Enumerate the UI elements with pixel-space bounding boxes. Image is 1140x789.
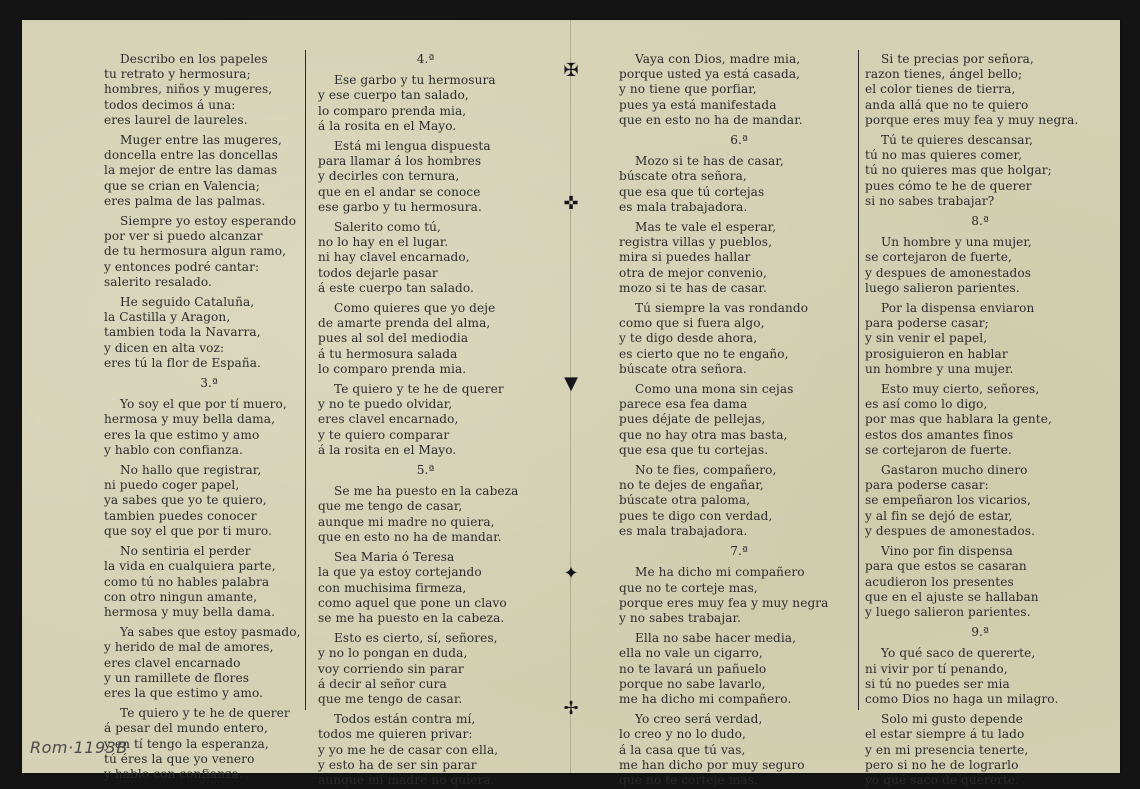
- verse-line: Vino por fin dispensa: [865, 544, 1095, 559]
- verse-line: á decir al señor cura: [318, 677, 533, 692]
- stanza: Esto es cierto, sí, señores,y no lo pong…: [318, 631, 533, 707]
- verse-line: no lo hay en el lugar.: [318, 235, 533, 250]
- verse-line: No hallo que registrar,: [104, 463, 314, 478]
- fleuron-cross-icon: ✢: [561, 700, 581, 718]
- fleuron-cross-icon: ✜: [561, 195, 581, 213]
- verse-line: con otro ningun amante,: [104, 590, 314, 605]
- verse-line: Mozo si te has de casar,: [619, 154, 859, 169]
- stanza: Como quieres que yo dejede amarte prenda…: [318, 301, 533, 377]
- verse-line: á la casa que tú vas,: [619, 743, 859, 758]
- verse-line: Gastaron mucho dinero: [865, 463, 1095, 478]
- verse-line: mozo si te has de casar.: [619, 281, 859, 296]
- stanza: No te fies, compañero,no te dejes de eng…: [619, 463, 859, 539]
- verse-line: un hombre y una mujer.: [865, 362, 1095, 377]
- verse-line: Está mi lengua dispuesta: [318, 139, 533, 154]
- stanza: Vino por fin dispensapara que estos se c…: [865, 544, 1095, 620]
- verse-line: Ya sabes que estoy pasmado,: [104, 625, 314, 640]
- stanza: Yo qué saco de quererte,ni vivir por tí …: [865, 646, 1095, 707]
- verse-line: que esa que tú cortejas: [619, 185, 859, 200]
- verse-line: He seguido Cataluña,: [104, 295, 314, 310]
- section-number: 6.ª: [619, 133, 859, 148]
- verse-line: que no hay otra mas basta,: [619, 428, 859, 443]
- verse-line: Por la dispensa enviaron: [865, 301, 1095, 316]
- verse-line: á la rosita en el Mayo.: [318, 443, 533, 458]
- stanza: Tú te quieres descansar,tú no mas quiere…: [865, 133, 1095, 209]
- verse-line: como tú no hables palabra: [104, 575, 314, 590]
- stanza: Si te precias por señora,razon tienes, á…: [865, 52, 1095, 128]
- section-number: 9.ª: [865, 625, 1095, 640]
- verse-line: ella no vale un cigarro,: [619, 646, 859, 661]
- verse-line: todos decimos á una:: [104, 98, 314, 113]
- verse-line: la mejor de entre las damas: [104, 163, 314, 178]
- verse-line: pues al sol del mediodia: [318, 331, 533, 346]
- verse-line: pues déjate de pellejas,: [619, 412, 859, 427]
- verse-line: de amarte prenda del alma,: [318, 316, 533, 331]
- verse-line: ni hay clavel encarnado,: [318, 250, 533, 265]
- verse-line: búscate otra paloma,: [619, 493, 859, 508]
- verse-line: eres clavel encarnado: [104, 656, 314, 671]
- center-fold: [570, 20, 571, 773]
- verse-line: y dicen en alta voz:: [104, 341, 314, 356]
- verse-line: que en el andar se conoce: [318, 185, 533, 200]
- verse-line: y ese cuerpo tan salado,: [318, 88, 533, 103]
- verse-line: y te digo desde ahora,: [619, 331, 859, 346]
- verse-line: para que estos se casaran: [865, 559, 1095, 574]
- verse-line: y en mi presencia tenerte,: [865, 743, 1095, 758]
- verse-line: porque eres muy fea y muy negra: [619, 596, 859, 611]
- verse-line: es mala trabajadora.: [619, 524, 859, 539]
- stanza: Te quiero y te he de querery no te puedo…: [318, 382, 533, 458]
- stanza: Ya sabes que estoy pasmado,y herido de m…: [104, 625, 314, 701]
- verse-line: ni vivir por tí penando,: [865, 662, 1095, 677]
- verse-line: por mas que hablara la gente,: [865, 412, 1095, 427]
- verse-line: que en esto no ha de mandar.: [619, 113, 859, 128]
- stanza: Ese garbo y tu hermosuray ese cuerpo tan…: [318, 73, 533, 134]
- verse-line: la vida en cualquiera parte,: [104, 559, 314, 574]
- verse-line: es cierto que no te engaño,: [619, 347, 859, 362]
- stanza: Esto muy cierto, señores,es así como lo …: [865, 382, 1095, 458]
- verse-line: búscate otra señora,: [619, 169, 859, 184]
- section-number: 4.ª: [318, 52, 533, 67]
- verse-line: salerito resalado.: [104, 275, 314, 290]
- verse-line: la Castilla y Aragon,: [104, 310, 314, 325]
- verse-line: porque no sabe lavarlo,: [619, 677, 859, 692]
- stanza: Tú siempre la vas rondandocomo que si fu…: [619, 301, 859, 377]
- verse-line: búscate otra señora.: [619, 362, 859, 377]
- verse-line: si tú no puedes ser mia: [865, 677, 1095, 692]
- verse-line: que me tengo de casar.: [318, 692, 533, 707]
- verse-line: hombres, niños y mugeres,: [104, 82, 314, 97]
- verse-line: y despues de amonestados: [865, 266, 1095, 281]
- verse-line: anda allá que no te quiero: [865, 98, 1095, 113]
- verse-line: registra villas y pueblos,: [619, 235, 859, 250]
- verse-line: de tu hermosura algun ramo,: [104, 244, 314, 259]
- verse-line: mira si puedes hallar: [619, 250, 859, 265]
- verse-line: se cortejaron de fuerte.: [865, 443, 1095, 458]
- verse-line: tú no quieres mas que holgar;: [865, 163, 1095, 178]
- section-number: 3.ª: [104, 376, 314, 391]
- verse-line: Se me ha puesto en la cabeza: [318, 484, 533, 499]
- verse-line: No sentiria el perder: [104, 544, 314, 559]
- verse-line: á pesar del mundo entero,: [104, 721, 314, 736]
- verse-line: y no sabes trabajar.: [619, 611, 859, 626]
- verse-line: no te dejes de engañar,: [619, 478, 859, 493]
- verse-line: ese garbo y tu hermosura.: [318, 200, 533, 215]
- verse-line: es así como lo digo,: [865, 397, 1095, 412]
- verse-line: y hablo con confianza.: [104, 767, 314, 782]
- verse-line: tú no mas quieres comer,: [865, 148, 1095, 163]
- verse-line: que esa que tu cortejas.: [619, 443, 859, 458]
- verse-line: hermosa y muy bella dama.: [104, 605, 314, 620]
- verse-line: y luego salieron parientes.: [865, 605, 1095, 620]
- verse-line: hermosa y muy bella dama,: [104, 412, 314, 427]
- stanza: Yo soy el que por tí muero,hermosa y muy…: [104, 397, 314, 458]
- verse-line: es mala trabajadora.: [619, 200, 859, 215]
- verse-line: y un ramillete de flores: [104, 671, 314, 686]
- verse-line: con muchisima firmeza,: [318, 581, 533, 596]
- verse-line: y esto ha de ser sin parar: [318, 758, 533, 773]
- stanza: Todos están contra mí,todos me quieren p…: [318, 712, 533, 788]
- stanza: Describo en los papelestu retrato y herm…: [104, 52, 314, 128]
- verse-line: eres clavel encarnado,: [318, 412, 533, 427]
- catalog-mark: Rom·1193B: [30, 738, 128, 757]
- verse-line: Ella no sabe hacer media,: [619, 631, 859, 646]
- verse-line: ya sabes que yo te quiero,: [104, 493, 314, 508]
- verse-line: Como una mona sin cejas: [619, 382, 859, 397]
- fleuron-cross-icon: ✠: [561, 62, 581, 80]
- verse-line: se empeñaron los vicarios,: [865, 493, 1095, 508]
- verse-line: Siempre yo estoy esperando: [104, 214, 314, 229]
- verse-line: ni puedo coger papel,: [104, 478, 314, 493]
- verse-line: Ese garbo y tu hermosura: [318, 73, 533, 88]
- verse-line: tu retrato y hermosura;: [104, 67, 314, 82]
- stanza: No hallo que registrar,ni puedo coger pa…: [104, 463, 314, 539]
- stanza: Yo creo será verdad,lo creo y no lo dudo…: [619, 712, 859, 788]
- stanza: Vaya con Dios, madre mia,porque usted ya…: [619, 52, 859, 128]
- verse-line: tambien toda la Navarra,: [104, 325, 314, 340]
- verse-line: yo qué saco de quererte.: [865, 773, 1095, 788]
- verse-line: para poderse casar:: [865, 478, 1095, 493]
- verse-line: pues te digo con verdad,: [619, 509, 859, 524]
- verse-line: prosiguieron en hablar: [865, 347, 1095, 362]
- verse-line: como Dios no haga un milagro.: [865, 692, 1095, 707]
- verse-line: y no lo pongan en duda,: [318, 646, 533, 661]
- verse-line: para llamar á los hombres: [318, 154, 533, 169]
- broadside-sheet: ✠ ✜ ▼ ✦ ✢ Describo en los papelestu retr…: [22, 20, 1120, 773]
- verse-line: pues ya está manifestada: [619, 98, 859, 113]
- verse-line: me han dicho por muy seguro: [619, 758, 859, 773]
- section-number: 5.ª: [318, 463, 533, 478]
- verse-line: y decirles con ternura,: [318, 169, 533, 184]
- stanza: Está mi lengua dispuestapara llamar á lo…: [318, 139, 533, 215]
- verse-line: y herido de mal de amores,: [104, 640, 314, 655]
- verse-line: Te quiero y te he de querer: [318, 382, 533, 397]
- verse-line: Tú siempre la vas rondando: [619, 301, 859, 316]
- verse-line: tambien puedes conocer: [104, 509, 314, 524]
- verse-line: estos dos amantes finos: [865, 428, 1095, 443]
- stanza: He seguido Cataluña,la Castilla y Aragon…: [104, 295, 314, 371]
- verse-line: voy corriendo sin parar: [318, 662, 533, 677]
- verse-line: se me ha puesto en la cabeza.: [318, 611, 533, 626]
- verse-line: lo comparo prenda mia,: [318, 104, 533, 119]
- verse-line: que se crian en Valencia;: [104, 179, 314, 194]
- verse-line: eres palma de las palmas.: [104, 194, 314, 209]
- verse-line: tú éres la que yo venero: [104, 752, 314, 767]
- verse-line: porque usted ya está casada,: [619, 67, 859, 82]
- stanza: Siempre yo estoy esperandopor ver si pue…: [104, 214, 314, 290]
- verse-line: pero si no he de lograrlo: [865, 758, 1095, 773]
- poem-column-4: Si te precias por señora,razon tienes, á…: [865, 52, 1095, 789]
- verse-line: á la rosita en el Mayo.: [318, 119, 533, 134]
- verse-line: y sin venir el papel,: [865, 331, 1095, 346]
- verse-line: Yo creo será verdad,: [619, 712, 859, 727]
- verse-line: Esto muy cierto, señores,: [865, 382, 1095, 397]
- verse-line: y hablo con confianza.: [104, 443, 314, 458]
- verse-line: Tú te quieres descansar,: [865, 133, 1095, 148]
- poem-column-2: 4.ªEse garbo y tu hermosuray ese cuerpo …: [318, 52, 533, 789]
- verse-line: Salerito como tú,: [318, 220, 533, 235]
- verse-line: y en tí tengo la esperanza,: [104, 737, 314, 752]
- verse-line: y no tiene que porfiar,: [619, 82, 859, 97]
- verse-line: Yo soy el que por tí muero,: [104, 397, 314, 412]
- verse-line: y no te puedo olvidar,: [318, 397, 533, 412]
- verse-line: á tu hermosura salada: [318, 347, 533, 362]
- verse-line: doncella entre las doncellas: [104, 148, 314, 163]
- section-number: 7.ª: [619, 544, 859, 559]
- verse-line: eres la que estimo y amo.: [104, 686, 314, 701]
- verse-line: razon tienes, ángel bello;: [865, 67, 1095, 82]
- verse-line: me ha dicho mi compañero.: [619, 692, 859, 707]
- verse-line: que no te corteje mas.: [619, 773, 859, 788]
- stanza: Te quiero y te he de quererá pesar del m…: [104, 706, 314, 782]
- verse-line: lo comparo prenda mia.: [318, 362, 533, 377]
- verse-line: Te quiero y te he de querer: [104, 706, 314, 721]
- verse-line: y yo me he de casar con ella,: [318, 743, 533, 758]
- stanza: Solo mi gusto dependeel estar siempre á …: [865, 712, 1095, 788]
- verse-line: aunque mi madre no quiera,: [318, 515, 533, 530]
- stanza: Mozo si te has de casar,búscate otra señ…: [619, 154, 859, 215]
- verse-line: que en esto no ha de mandar.: [318, 530, 533, 545]
- verse-line: Esto es cierto, sí, señores,: [318, 631, 533, 646]
- stanza: Gastaron mucho dineropara poderse casar:…: [865, 463, 1095, 539]
- verse-line: eres tú la flor de España.: [104, 356, 314, 371]
- verse-line: Vaya con Dios, madre mia,: [619, 52, 859, 67]
- verse-line: Solo mi gusto depende: [865, 712, 1095, 727]
- verse-line: otra de mejor convenio,: [619, 266, 859, 281]
- verse-line: el color tienes de tierra,: [865, 82, 1095, 97]
- verse-line: por ver si puedo alcanzar: [104, 229, 314, 244]
- verse-line: acudieron los presentes: [865, 575, 1095, 590]
- verse-line: se cortejaron de fuerte,: [865, 250, 1095, 265]
- stanza: Por la dispensa enviaronpara poderse cas…: [865, 301, 1095, 377]
- poem-column-1: Describo en los papelestu retrato y herm…: [104, 52, 314, 787]
- verse-line: No te fies, compañero,: [619, 463, 859, 478]
- verse-line: lo creo y no lo dudo,: [619, 727, 859, 742]
- verse-line: pues cómo te he de querer: [865, 179, 1095, 194]
- verse-line: que me tengo de casar,: [318, 499, 533, 514]
- stanza: Sea Maria ó Teresala que ya estoy cortej…: [318, 550, 533, 626]
- stanza: Salerito como tú,no lo hay en el lugar.n…: [318, 220, 533, 296]
- stanza: Un hombre y una mujer,se cortejaron de f…: [865, 235, 1095, 296]
- section-number: 8.ª: [865, 214, 1095, 229]
- verse-line: la que ya estoy cortejando: [318, 565, 533, 580]
- verse-line: que no te corteje mas,: [619, 581, 859, 596]
- stanza: Mas te vale el esperar,registra villas y…: [619, 220, 859, 296]
- verse-line: eres la que estimo y amo: [104, 428, 314, 443]
- verse-line: á este cuerpo tan salado.: [318, 281, 533, 296]
- verse-line: Como quieres que yo deje: [318, 301, 533, 316]
- fleuron-star-icon: ✦: [561, 565, 581, 583]
- verse-line: Describo en los papeles: [104, 52, 314, 67]
- stanza: Me ha dicho mi compañeroque no te cortej…: [619, 565, 859, 626]
- verse-line: Sea Maria ó Teresa: [318, 550, 533, 565]
- verse-line: y al fin se dejó de estar,: [865, 509, 1095, 524]
- verse-line: y te quiero comparar: [318, 428, 533, 443]
- stanza: Se me ha puesto en la cabezaque me tengo…: [318, 484, 533, 545]
- stanza: Ella no sabe hacer media,ella no vale un…: [619, 631, 859, 707]
- verse-line: como que si fuera algo,: [619, 316, 859, 331]
- verse-line: eres laurel de laureles.: [104, 113, 314, 128]
- verse-line: Me ha dicho mi compañero: [619, 565, 859, 580]
- fleuron-drop-icon: ▼: [561, 375, 581, 393]
- stanza: Muger entre las mugeres,doncella entre l…: [104, 133, 314, 209]
- verse-line: todos me quieren privar:: [318, 727, 533, 742]
- verse-line: si no sabes trabajar?: [865, 194, 1095, 209]
- verse-line: y entonces podré cantar:: [104, 260, 314, 275]
- verse-line: porque eres muy fea y muy negra.: [865, 113, 1095, 128]
- verse-line: luego salieron parientes.: [865, 281, 1095, 296]
- stanza: No sentiria el perderla vida en cualquie…: [104, 544, 314, 620]
- verse-line: Muger entre las mugeres,: [104, 133, 314, 148]
- verse-line: Un hombre y una mujer,: [865, 235, 1095, 250]
- verse-line: que soy el que por ti muro.: [104, 524, 314, 539]
- verse-line: Si te precias por señora,: [865, 52, 1095, 67]
- stanza: Como una mona sin cejasparece esa fea da…: [619, 382, 859, 458]
- verse-line: como aquel que pone un clavo: [318, 596, 533, 611]
- verse-line: todos dejarle pasar: [318, 266, 533, 281]
- verse-line: Mas te vale el esperar,: [619, 220, 859, 235]
- verse-line: Yo qué saco de quererte,: [865, 646, 1095, 661]
- verse-line: y despues de amonestados.: [865, 524, 1095, 539]
- verse-line: aunque mi madre no quiera.: [318, 773, 533, 788]
- verse-line: el estar siempre á tu lado: [865, 727, 1095, 742]
- verse-line: no te lavará un pañuelo: [619, 662, 859, 677]
- verse-line: para poderse casar;: [865, 316, 1095, 331]
- poem-column-3: Vaya con Dios, madre mia,porque usted ya…: [619, 52, 859, 789]
- verse-line: Todos están contra mí,: [318, 712, 533, 727]
- verse-line: que en el ajuste se hallaban: [865, 590, 1095, 605]
- verse-line: parece esa fea dama: [619, 397, 859, 412]
